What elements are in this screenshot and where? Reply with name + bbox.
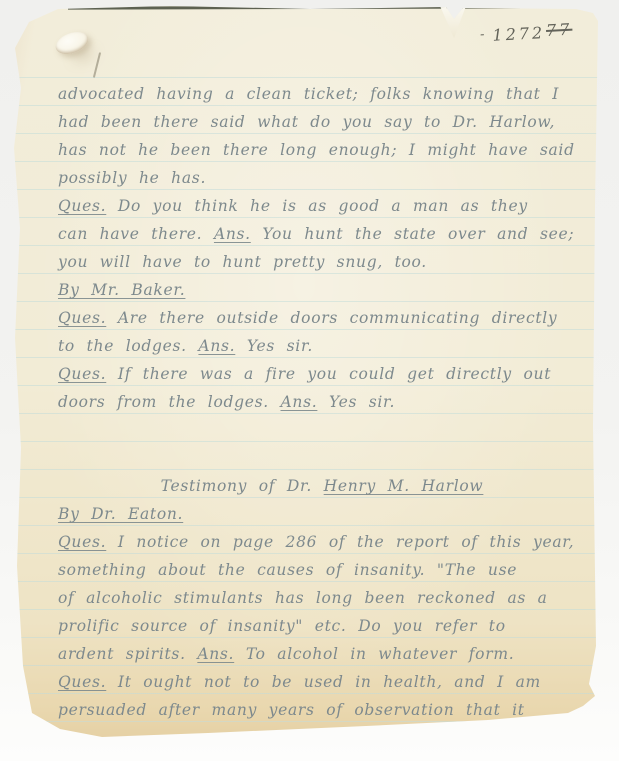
manuscript-page: -127277 advocated having a clean ticket;…	[10, 6, 598, 740]
underlined-text: Ans.	[197, 645, 234, 663]
handwritten-text: prolific source of insanity" etc. Do you…	[58, 617, 506, 635]
manuscript-line: Testimony of Dr. Henry M. Harlow	[58, 472, 586, 500]
handwritten-text: Testimony of Dr.	[161, 477, 324, 495]
handwritten-text: to the lodges.	[58, 337, 198, 355]
handwritten-text: Yes sir.	[235, 337, 313, 355]
manuscript-line: advocated having a clean ticket; folks k…	[58, 80, 586, 108]
manuscript-line: Ques. It ought not to be used in health,…	[58, 668, 586, 696]
manuscript-text: advocated having a clean ticket; folks k…	[58, 80, 586, 724]
underlined-text: Ans.	[281, 393, 318, 411]
blank-line	[58, 416, 586, 444]
underlined-text: Ans.	[214, 225, 251, 243]
page-number-value: 1272	[492, 23, 546, 45]
paper-tear-top-right	[440, 6, 466, 38]
page-number-struck-digits: 77	[546, 20, 573, 40]
manuscript-line: had been there said what do you say to D…	[58, 108, 586, 136]
handwritten-text: Are there outside doors communicating di…	[106, 309, 557, 327]
underlined-text: By Dr. Eaton.	[58, 505, 183, 523]
manuscript-line: you will have to hunt pretty snug, too.	[58, 248, 586, 276]
handwritten-text: of alcoholic stimulants has long been re…	[58, 589, 548, 607]
page-number-dash: -	[480, 27, 485, 42]
manuscript-line: to the lodges. Ans. Yes sir.	[58, 332, 586, 360]
manuscript-line: By Mr. Baker.	[58, 276, 586, 304]
underlined-text: Ques.	[58, 533, 106, 551]
underlined-text: By Mr. Baker.	[58, 281, 185, 299]
scan-background: -127277 advocated having a clean ticket;…	[0, 0, 619, 761]
manuscript-line: Ques. Do you think he is as good a man a…	[58, 192, 586, 220]
handwritten-text: It ought not to be used in health, and I…	[106, 673, 541, 691]
underlined-text: Henry M. Harlow	[324, 477, 484, 495]
manuscript-line: Ques. If there was a fire you could get …	[58, 360, 586, 388]
page-number: -127277	[480, 20, 573, 46]
handwritten-text: can have there.	[58, 225, 214, 243]
manuscript-line: Ques. I notice on page 286 of the report…	[58, 528, 586, 556]
handwritten-text: doors from the lodges.	[58, 393, 281, 411]
handwritten-text: advocated having a clean ticket; folks k…	[58, 85, 559, 103]
handwritten-text: something about the causes of insanity. …	[58, 561, 517, 579]
handwritten-text: had been there said what do you say to D…	[58, 113, 555, 131]
manuscript-line: ardent spirits. Ans. To alcohol in whate…	[58, 640, 586, 668]
handwritten-text: persuaded after many years of observatio…	[58, 701, 525, 719]
handwritten-text: Do you think he is as good a man as they	[106, 197, 528, 215]
handwritten-text: I notice on page 286 of the report of th…	[106, 533, 574, 551]
underlined-text: Ques.	[58, 673, 106, 691]
handwritten-text: possibly he has.	[58, 169, 206, 187]
handwritten-text: Yes sir.	[317, 393, 395, 411]
blank-line	[58, 444, 586, 472]
manuscript-line: of alcoholic stimulants has long been re…	[58, 584, 586, 612]
manuscript-line: possibly he has.	[58, 164, 586, 192]
underlined-text: Ques.	[58, 365, 106, 383]
manuscript-line: has not he been there long enough; I mig…	[58, 136, 586, 164]
handwritten-text: To alcohol in whatever form.	[234, 645, 514, 663]
handwritten-text: ardent spirits.	[58, 645, 197, 663]
underlined-text: Ans.	[198, 337, 235, 355]
handwritten-text: You hunt the state over and see;	[251, 225, 575, 243]
paper-crease-mark	[93, 52, 101, 78]
manuscript-line: prolific source of insanity" etc. Do you…	[58, 612, 586, 640]
manuscript-line: By Dr. Eaton.	[58, 500, 586, 528]
underlined-text: Ques.	[58, 309, 106, 327]
manuscript-line: something about the causes of insanity. …	[58, 556, 586, 584]
manuscript-line: Ques. Are there outside doors communicat…	[58, 304, 586, 332]
handwritten-text: you will have to hunt pretty snug, too.	[58, 253, 427, 271]
handwritten-text: has not he been there long enough; I mig…	[58, 141, 575, 159]
manuscript-line: doors from the lodges. Ans. Yes sir.	[58, 388, 586, 416]
manuscript-line: persuaded after many years of observatio…	[58, 696, 586, 724]
handwritten-text: If there was a fire you could get direct…	[106, 365, 551, 383]
underlined-text: Ques.	[58, 197, 106, 215]
manuscript-line: can have there. Ans. You hunt the state …	[58, 220, 586, 248]
scan-edge-shadow	[68, 5, 573, 9]
paper-hole-damage	[53, 28, 92, 58]
